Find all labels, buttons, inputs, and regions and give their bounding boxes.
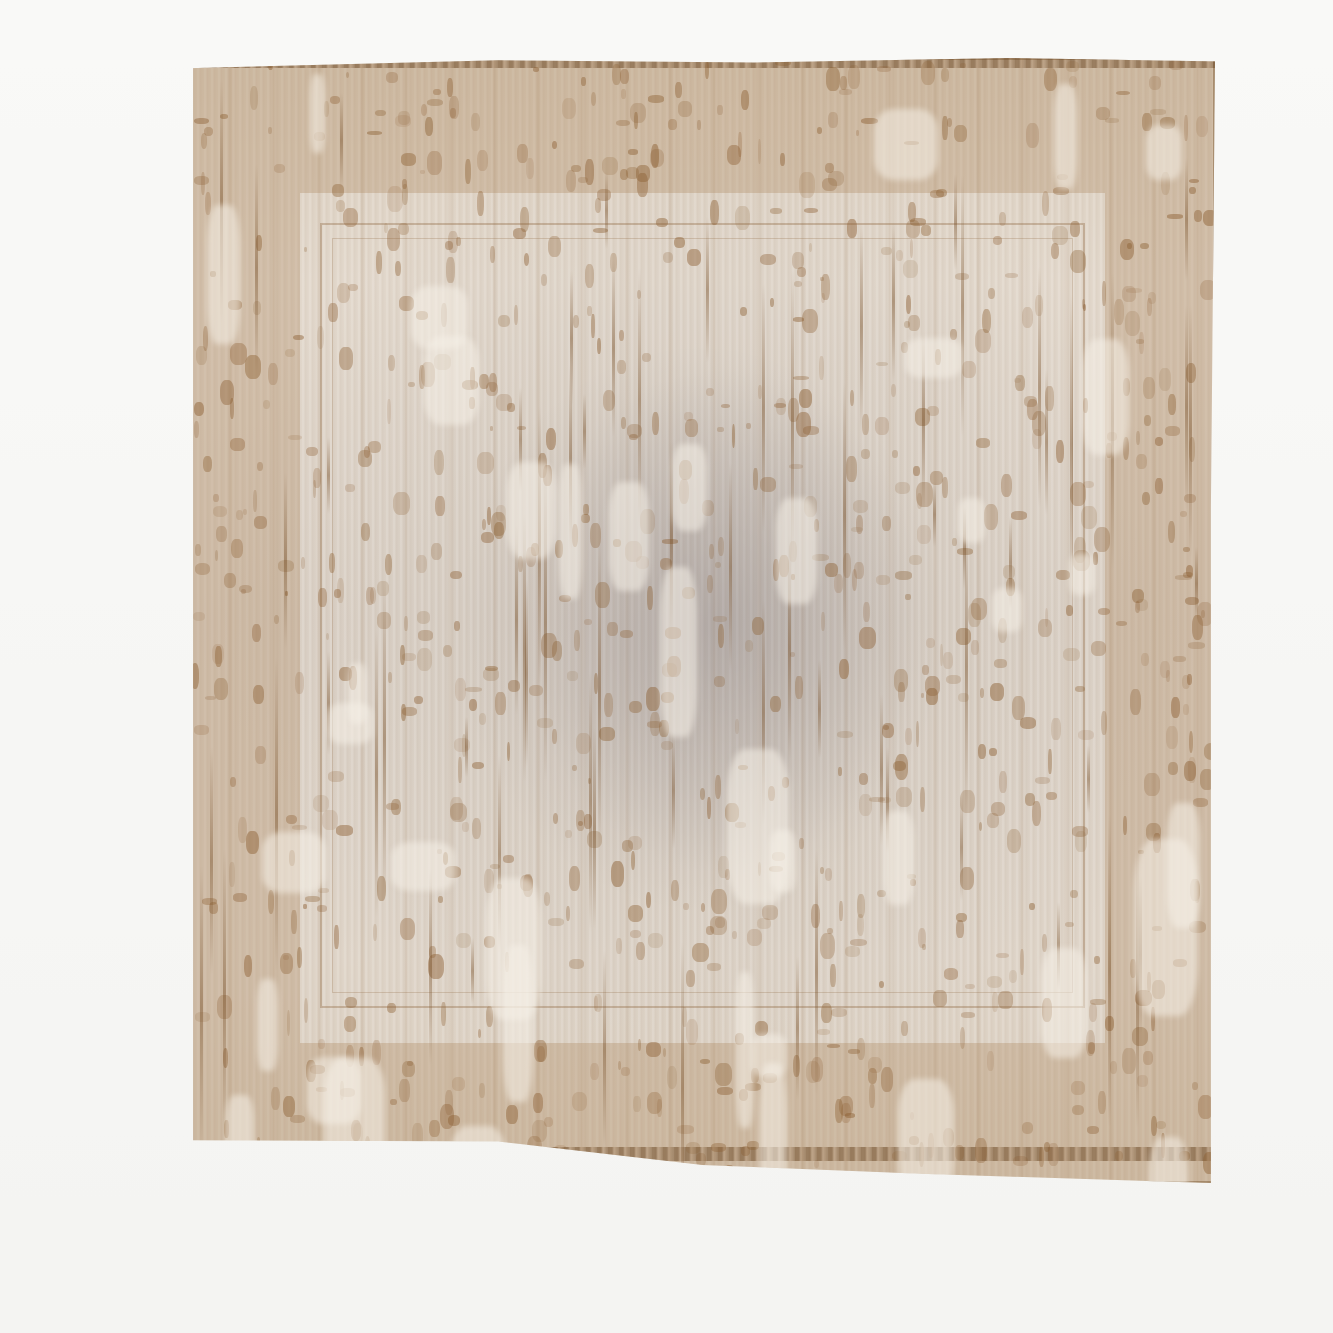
rug-motif-speck [1167, 214, 1183, 219]
rug-motif-speck [253, 490, 257, 512]
rug-motif-speck [869, 1084, 874, 1108]
rug-wear-streak [471, 938, 474, 1004]
rug-motif-speck [572, 765, 577, 771]
rug-motif-speck [1159, 368, 1171, 390]
rug-wear-streak [223, 849, 226, 1136]
rug-motif-speck [1087, 1126, 1099, 1134]
rug-motif-speck [714, 676, 724, 687]
rug-motif-speck [1052, 226, 1068, 244]
rug-motif-speck [647, 721, 662, 728]
rug-motif-speck [513, 228, 527, 239]
rug-motif-speck [820, 867, 824, 874]
rug-motif-speck [825, 163, 834, 173]
rug-motif-speck [1056, 440, 1064, 463]
rug-motif-speck [554, 1145, 567, 1156]
rug-motif-speck [257, 462, 263, 472]
rug-motif-speck [1071, 1081, 1084, 1095]
rug-motif-speck [585, 159, 594, 184]
rug-wear-streak [1087, 745, 1090, 813]
rug-motif-speck [877, 66, 891, 72]
rug-wear-streak [583, 394, 586, 469]
rug-motif-speck [1144, 773, 1160, 796]
rug-motif-speck [427, 151, 442, 175]
rug-motif-speck [1136, 431, 1140, 445]
rug-motif-speck [443, 645, 452, 657]
rug-motif-speck [344, 1016, 357, 1031]
rug-motif-speck [215, 550, 218, 561]
rug-faded-patch [905, 338, 962, 378]
rug-motif-speck [445, 241, 453, 250]
rug-motif-speck [246, 831, 259, 854]
rug-motif-speck [456, 237, 461, 246]
rug-motif-speck [431, 543, 442, 560]
rug-motif-speck [916, 721, 919, 747]
rug-motif-speck [1166, 726, 1178, 749]
rug-motif-speck [687, 249, 701, 266]
rug-motif-speck [506, 1105, 518, 1125]
rug-motif-speck [1044, 68, 1058, 91]
rug-motif-speck [717, 105, 722, 115]
rug-motif-speck [621, 89, 625, 99]
rug-motif-speck [1150, 109, 1166, 115]
rug-motif-speck [450, 571, 462, 580]
rug-motif-speck [686, 1142, 701, 1154]
rug-faded-patch [759, 1063, 787, 1242]
rug-motif-speck [1194, 210, 1202, 221]
rug-motif-speck [1116, 621, 1127, 626]
rug-motif-speck [1042, 934, 1047, 952]
rug-motif-speck [1065, 922, 1073, 927]
rug-motif-speck [980, 688, 984, 698]
rug-motif-speck [414, 696, 424, 704]
rug-motif-speck [684, 412, 693, 421]
rug-motif-speck [1046, 792, 1057, 800]
rug-motif-speck [946, 675, 961, 685]
rug-motif-speck [441, 1002, 446, 1026]
rug-motif-speck [495, 692, 505, 714]
rug-motif-speck [1193, 798, 1208, 807]
rug-motif-speck [390, 1099, 396, 1106]
rug-motif-speck [817, 127, 823, 134]
rug-motif-speck [999, 212, 1006, 226]
rug-motif-speck [398, 223, 409, 235]
rug-motif-speck [859, 773, 868, 785]
rug-motif-speck [1025, 793, 1035, 806]
rug-motif-speck [1029, 903, 1034, 910]
rug-motif-speck [280, 953, 293, 975]
rug-motif-speck [485, 666, 498, 672]
rug-motif-speck [486, 382, 498, 396]
rug-motif-speck [195, 563, 211, 576]
rug-motif-speck [274, 164, 285, 173]
rug-motif-speck [646, 687, 660, 711]
rug-motif-speck [821, 1003, 832, 1024]
rug-motif-speck [845, 946, 860, 957]
rug-motif-speck [318, 1039, 325, 1049]
rug-motif-speck [960, 63, 966, 68]
rug-motif-speck [675, 82, 682, 98]
rug-faded-patch [958, 498, 985, 543]
rug-motif-speck [194, 402, 205, 417]
rug-motif-speck [1196, 116, 1209, 137]
rug-motif-speck [908, 315, 920, 331]
rug-wear-streak [796, 956, 799, 1101]
rug-motif-speck [254, 516, 267, 529]
rug-motif-speck [279, 1150, 290, 1172]
rug-motif-speck [1098, 1091, 1106, 1114]
rug-motif-speck [826, 67, 840, 91]
rug-motif-speck [922, 665, 929, 675]
rug-motif-speck [285, 349, 295, 357]
rug-motif-speck [1001, 474, 1012, 497]
rug-motif-speck [585, 264, 594, 288]
rug-motif-speck [668, 119, 677, 130]
rug-motif-speck [1203, 1152, 1216, 1175]
rug-motif-speck [255, 746, 266, 764]
rug-faded-patch [391, 842, 455, 891]
rug-wear-streak [603, 950, 606, 1150]
rug-motif-speck [868, 1068, 877, 1084]
rug-motif-speck [572, 1092, 588, 1112]
rug-motif-speck [984, 504, 999, 530]
rug-motif-speck [569, 866, 580, 891]
rug-motif-speck [646, 892, 651, 909]
rug-wear-streak [954, 174, 957, 271]
rug-faded-patch [883, 811, 914, 905]
rug-motif-speck [546, 1150, 560, 1169]
rug-motif-speck [587, 306, 591, 316]
rug-motif-speck [1096, 107, 1111, 120]
rug-wear-streak [880, 694, 883, 846]
rug-motif-speck [387, 399, 391, 425]
rug-motif-speck [709, 544, 714, 560]
rug-motif-speck [901, 1021, 908, 1036]
rug-motif-speck [876, 362, 888, 367]
rug-motif-speck [671, 880, 679, 901]
rug-motif-speck [477, 452, 494, 474]
rug-motif-speck [201, 172, 205, 194]
rug-motif-speck [193, 612, 205, 621]
rug-motif-speck [1155, 478, 1162, 495]
rug-motif-speck [992, 992, 998, 1012]
rug-motif-speck [458, 757, 461, 783]
rug-motif-speck [438, 896, 443, 902]
rug-motif-speck [936, 189, 947, 197]
rug-motif-speck [683, 903, 688, 911]
rug-wear-streak [1185, 158, 1188, 281]
rug-motif-speck [574, 630, 579, 651]
rug-faded-patch [992, 588, 1022, 632]
rug-motif-speck [449, 96, 459, 119]
rug-motif-speck [201, 133, 208, 149]
rug-motif-speck [1189, 731, 1194, 753]
rug-faded-patch [727, 749, 788, 905]
rug-faded-patch [1082, 339, 1129, 454]
rug-motif-speck [863, 602, 870, 622]
rug-motif-speck [717, 1087, 732, 1095]
rug-motif-speck [1048, 1143, 1059, 1166]
rug-motif-speck [245, 355, 261, 379]
rug-wear-streak [1185, 305, 1188, 510]
rug-motif-speck [533, 1093, 543, 1113]
rug-motif-speck [952, 538, 956, 546]
rug-motif-speck [975, 1138, 987, 1163]
rug-motif-speck [478, 1029, 481, 1038]
rug-motif-speck [1051, 243, 1060, 259]
rug-wear-streak [1070, 294, 1073, 594]
rug-motif-speck [697, 120, 700, 130]
rug-wear-streak [255, 164, 258, 372]
rug-motif-speck [361, 523, 370, 541]
rug-motif-speck [848, 65, 860, 88]
rug-motif-speck [978, 744, 986, 759]
rug-motif-speck [1200, 769, 1214, 789]
rug-motif-speck [195, 544, 201, 556]
rug-motif-speck [328, 303, 338, 322]
rug-motif-speck [830, 964, 835, 987]
rug-motif-speck [404, 616, 408, 631]
rug-motif-speck [343, 208, 358, 227]
rug-motif-speck [401, 153, 416, 165]
rug-motif-speck [1048, 749, 1051, 774]
rug-motif-speck [274, 615, 279, 624]
rug-motif-speck [1188, 642, 1204, 649]
rug-motif-speck [1020, 717, 1036, 729]
rug-motif-speck [230, 777, 236, 787]
rug-motif-speck [1183, 704, 1189, 715]
rug-motif-speck [1168, 394, 1176, 414]
rug-motif-speck [290, 1115, 305, 1123]
rug-motif-speck [462, 822, 468, 832]
rug-motif-speck [735, 206, 750, 231]
rug-motif-speck [595, 198, 601, 213]
rug-motif-speck [231, 539, 243, 558]
rug-motif-speck [1091, 641, 1106, 656]
rug-motif-speck [477, 150, 488, 171]
rug-motif-speck [998, 991, 1012, 1009]
rug-motif-speck [434, 450, 444, 475]
rug-motif-speck [230, 438, 245, 451]
rug-motif-speck [647, 586, 653, 610]
rug-wear-streak [965, 515, 968, 819]
rug-motif-speck [1187, 674, 1192, 684]
rug-wear-streak [1195, 547, 1198, 620]
rug-motif-speck [667, 1066, 678, 1089]
rug-motif-speck [238, 817, 247, 843]
rug-faded-patch [559, 464, 582, 600]
rug-faded-patch [672, 444, 708, 531]
rug-motif-speck [194, 725, 208, 735]
rug-faded-patch [262, 832, 326, 893]
rug-wear-streak [340, 93, 343, 187]
rug-motif-speck [447, 78, 453, 97]
rug-motif-speck [387, 1003, 396, 1013]
rug-motif-speck [921, 693, 924, 698]
rug-wear-streak [815, 849, 818, 1095]
rug-motif-speck [230, 398, 234, 418]
rug-motif-speck [820, 277, 824, 281]
rug-motif-speck [700, 788, 706, 800]
rug-motif-speck [552, 729, 557, 744]
rug-motif-speck [1011, 511, 1028, 519]
rug-motif-speck [271, 1087, 280, 1110]
rug-motif-speck [479, 1083, 485, 1097]
rug-motif-speck [1122, 1048, 1135, 1073]
rug-wear-streak [860, 223, 863, 430]
rug-motif-speck [417, 648, 433, 671]
rug-faded-patch [507, 462, 556, 560]
rug-motif-speck [859, 627, 876, 649]
rug-motif-speck [498, 315, 510, 327]
rug-motif-speck [581, 77, 585, 86]
rug-motif-speck [638, 1039, 641, 1051]
rug-motif-speck [1192, 1082, 1198, 1090]
rug-motif-speck [412, 1123, 423, 1148]
rug-wear-streak [892, 223, 895, 381]
rug-motif-speck [1184, 115, 1188, 141]
rug-motif-speck [229, 862, 235, 886]
rug-motif-speck [990, 683, 1004, 700]
rug-motif-speck [956, 920, 963, 938]
rug-motif-speck [388, 355, 395, 371]
rug-motif-speck [1155, 437, 1163, 446]
rug-motif-speck [879, 981, 884, 988]
rug-motif-speck [1013, 1156, 1028, 1166]
rug-motif-speck [440, 1104, 454, 1129]
rug-motif-speck [371, 1167, 381, 1175]
rug-wear-streak [729, 463, 732, 670]
rug-motif-speck [1072, 1105, 1084, 1116]
rug-motif-speck [1009, 970, 1018, 983]
rug-motif-speck [548, 918, 564, 926]
rug-motif-speck [1012, 696, 1025, 720]
rug-motif-speck [856, 515, 864, 534]
rug-motif-speck [629, 701, 641, 713]
rug-motif-speck [571, 165, 581, 172]
rug-motif-speck [804, 208, 818, 213]
rug-wear-streak [612, 260, 615, 437]
rug-motif-speck [472, 818, 481, 839]
rug-motif-speck [740, 307, 747, 316]
rug-motif-speck [446, 257, 454, 283]
rug-motif-speck [1140, 243, 1149, 250]
rug-motif-speck [454, 621, 460, 631]
rug-motif-speck [1066, 605, 1073, 616]
rug-motif-speck [250, 86, 259, 110]
rug-motif-speck [846, 456, 857, 482]
rug-motif-speck [857, 914, 864, 936]
rug-motif-speck [893, 761, 907, 772]
rug-wear-streak [843, 382, 846, 650]
rug-motif-speck [514, 305, 518, 325]
rug-motif-speck [590, 1063, 599, 1080]
rug-motif-speck [707, 963, 720, 970]
rug-motif-speck [465, 687, 482, 692]
rug-motif-speck [955, 1145, 964, 1159]
rug-motif-speck [648, 95, 665, 102]
rug-motif-speck [425, 117, 433, 136]
rug-motif-speck [987, 1051, 994, 1071]
rug-motif-speck [375, 110, 386, 116]
rug-motif-speck [1136, 454, 1147, 469]
rug-motif-speck [762, 905, 778, 920]
rug [190, 58, 1215, 1183]
rug-motif-speck [573, 315, 579, 328]
rug-motif-speck [215, 646, 222, 667]
rug-motif-speck [883, 725, 889, 730]
rug-faded-patch [898, 1079, 955, 1197]
rug-motif-speck [1116, 91, 1130, 96]
rug-wear-streak [465, 717, 468, 778]
rug-motif-speck [306, 447, 318, 457]
rug-motif-speck [367, 131, 382, 135]
rug-motif-speck [203, 456, 212, 472]
rug-motif-speck [469, 699, 477, 712]
rug-motif-speck [850, 939, 867, 946]
rug-motif-speck [328, 771, 344, 782]
rug-motif-speck [881, 247, 892, 255]
rug-motif-speck [268, 59, 273, 70]
rug-motif-speck [1201, 610, 1205, 618]
rug-motif-speck [1175, 575, 1192, 580]
rug-motif-speck [848, 1049, 860, 1054]
rug-motif-speck [386, 72, 398, 83]
rug-motif-speck [975, 329, 991, 353]
rug-motif-speck [1144, 415, 1151, 426]
rug-motif-speck [834, 574, 843, 592]
rug-motif-speck [479, 713, 486, 725]
rug-wear-streak [284, 472, 287, 650]
rug-motif-speck [905, 728, 911, 745]
rug-motif-speck [706, 388, 713, 396]
rug-motif-speck [318, 588, 327, 607]
rug-motif-speck [718, 537, 724, 556]
rug-motif-speck [895, 482, 909, 494]
rug-motif-speck [1042, 191, 1050, 216]
rug-motif-speck [348, 284, 358, 291]
rug-wear-streak [1189, 305, 1192, 558]
rug-wear-streak [200, 866, 203, 1151]
rug-motif-speck [594, 996, 598, 1011]
rug-motif-speck [710, 916, 726, 934]
rug-motif-speck [650, 149, 665, 167]
rug-motif-speck [917, 525, 931, 543]
rug-motif-speck [962, 361, 975, 378]
rug-motif-speck [291, 910, 296, 933]
rug-motif-speck [647, 1092, 663, 1114]
rug-motif-speck [388, 672, 392, 683]
rug-motif-speck [942, 477, 947, 498]
rug-motif-speck [604, 693, 613, 717]
rug-faded-patch [310, 74, 325, 154]
rug-motif-speck [303, 904, 307, 909]
rug-motif-speck [1142, 492, 1150, 506]
rug-motif-speck [825, 868, 833, 880]
rug-motif-speck [581, 514, 589, 523]
rug-motif-speck [828, 171, 844, 186]
rug-motif-speck [987, 976, 1003, 988]
rug-motif-speck [1035, 777, 1049, 784]
rug-motif-speck [622, 840, 633, 852]
rug-motif-speck [1022, 307, 1033, 328]
rug-motif-speck [941, 68, 949, 82]
rug-motif-speck [620, 69, 629, 85]
rug-motif-speck [252, 624, 261, 642]
rug-motif-speck [1102, 281, 1106, 307]
rug-motif-speck [989, 748, 997, 756]
rug-motif-speck [1110, 1061, 1117, 1074]
rug-motif-speck [292, 825, 307, 830]
